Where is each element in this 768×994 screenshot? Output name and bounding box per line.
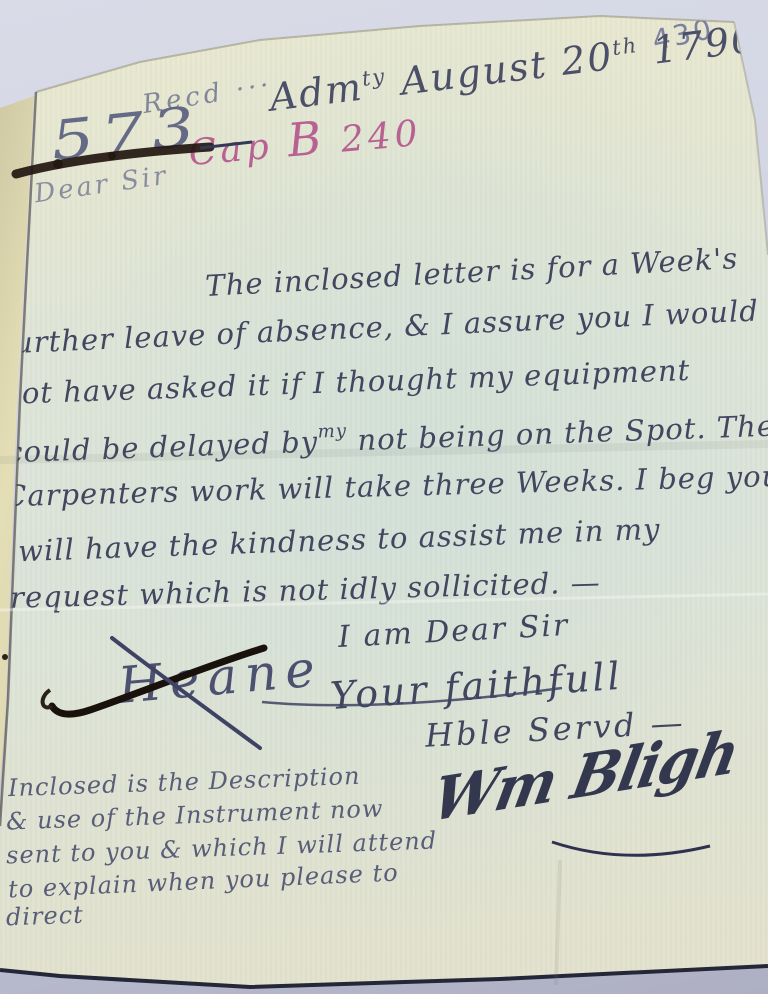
body-line-4-pre: could be delayed by (6, 425, 319, 470)
body-line-2: further leave of absence, & I assure you… (2, 294, 760, 361)
cap-registry-mark: Cap B 240 (186, 102, 423, 176)
cap-letter: B (285, 110, 327, 167)
body-line-3: not have asked it if I thought my equipm… (2, 353, 691, 411)
cap-number: 240 (339, 113, 423, 161)
crossed-out-word: Heane (116, 639, 325, 715)
dateline-date: August 20 (384, 34, 616, 105)
body-line-4-post: not being on the Spot. The (347, 409, 768, 458)
dateline: Admty August 20th 1790 (267, 16, 759, 119)
cap-word: Cap (187, 126, 274, 174)
dateline-place-superscript: ty (361, 64, 388, 91)
closing-line-1: I am Dear Sir (337, 608, 570, 655)
struck-registry-number: 573 (48, 94, 205, 172)
body-line-7: request which is not idly sollicited. — (10, 565, 601, 614)
body-line-4: could be delayed bymy not being on the S… (6, 406, 768, 470)
body-line-6: will have the kindness to assist me in m… (18, 512, 661, 568)
interlinear-insert-my: my (317, 421, 347, 443)
postscript-line-5: direct (6, 901, 85, 932)
photo-of-manuscript-letter: { "photo": { "page_number": "430" }, "an… (0, 0, 768, 994)
body-line-1: The inclosed letter is for a Week's (204, 241, 739, 303)
dateline-date-superscript: th (611, 33, 640, 60)
letter-page: 430 Admty August 20th 1790 Recd ··· 573 … (0, 0, 768, 994)
body-line-5: Carpenters work will take three Weeks. I… (4, 459, 768, 513)
